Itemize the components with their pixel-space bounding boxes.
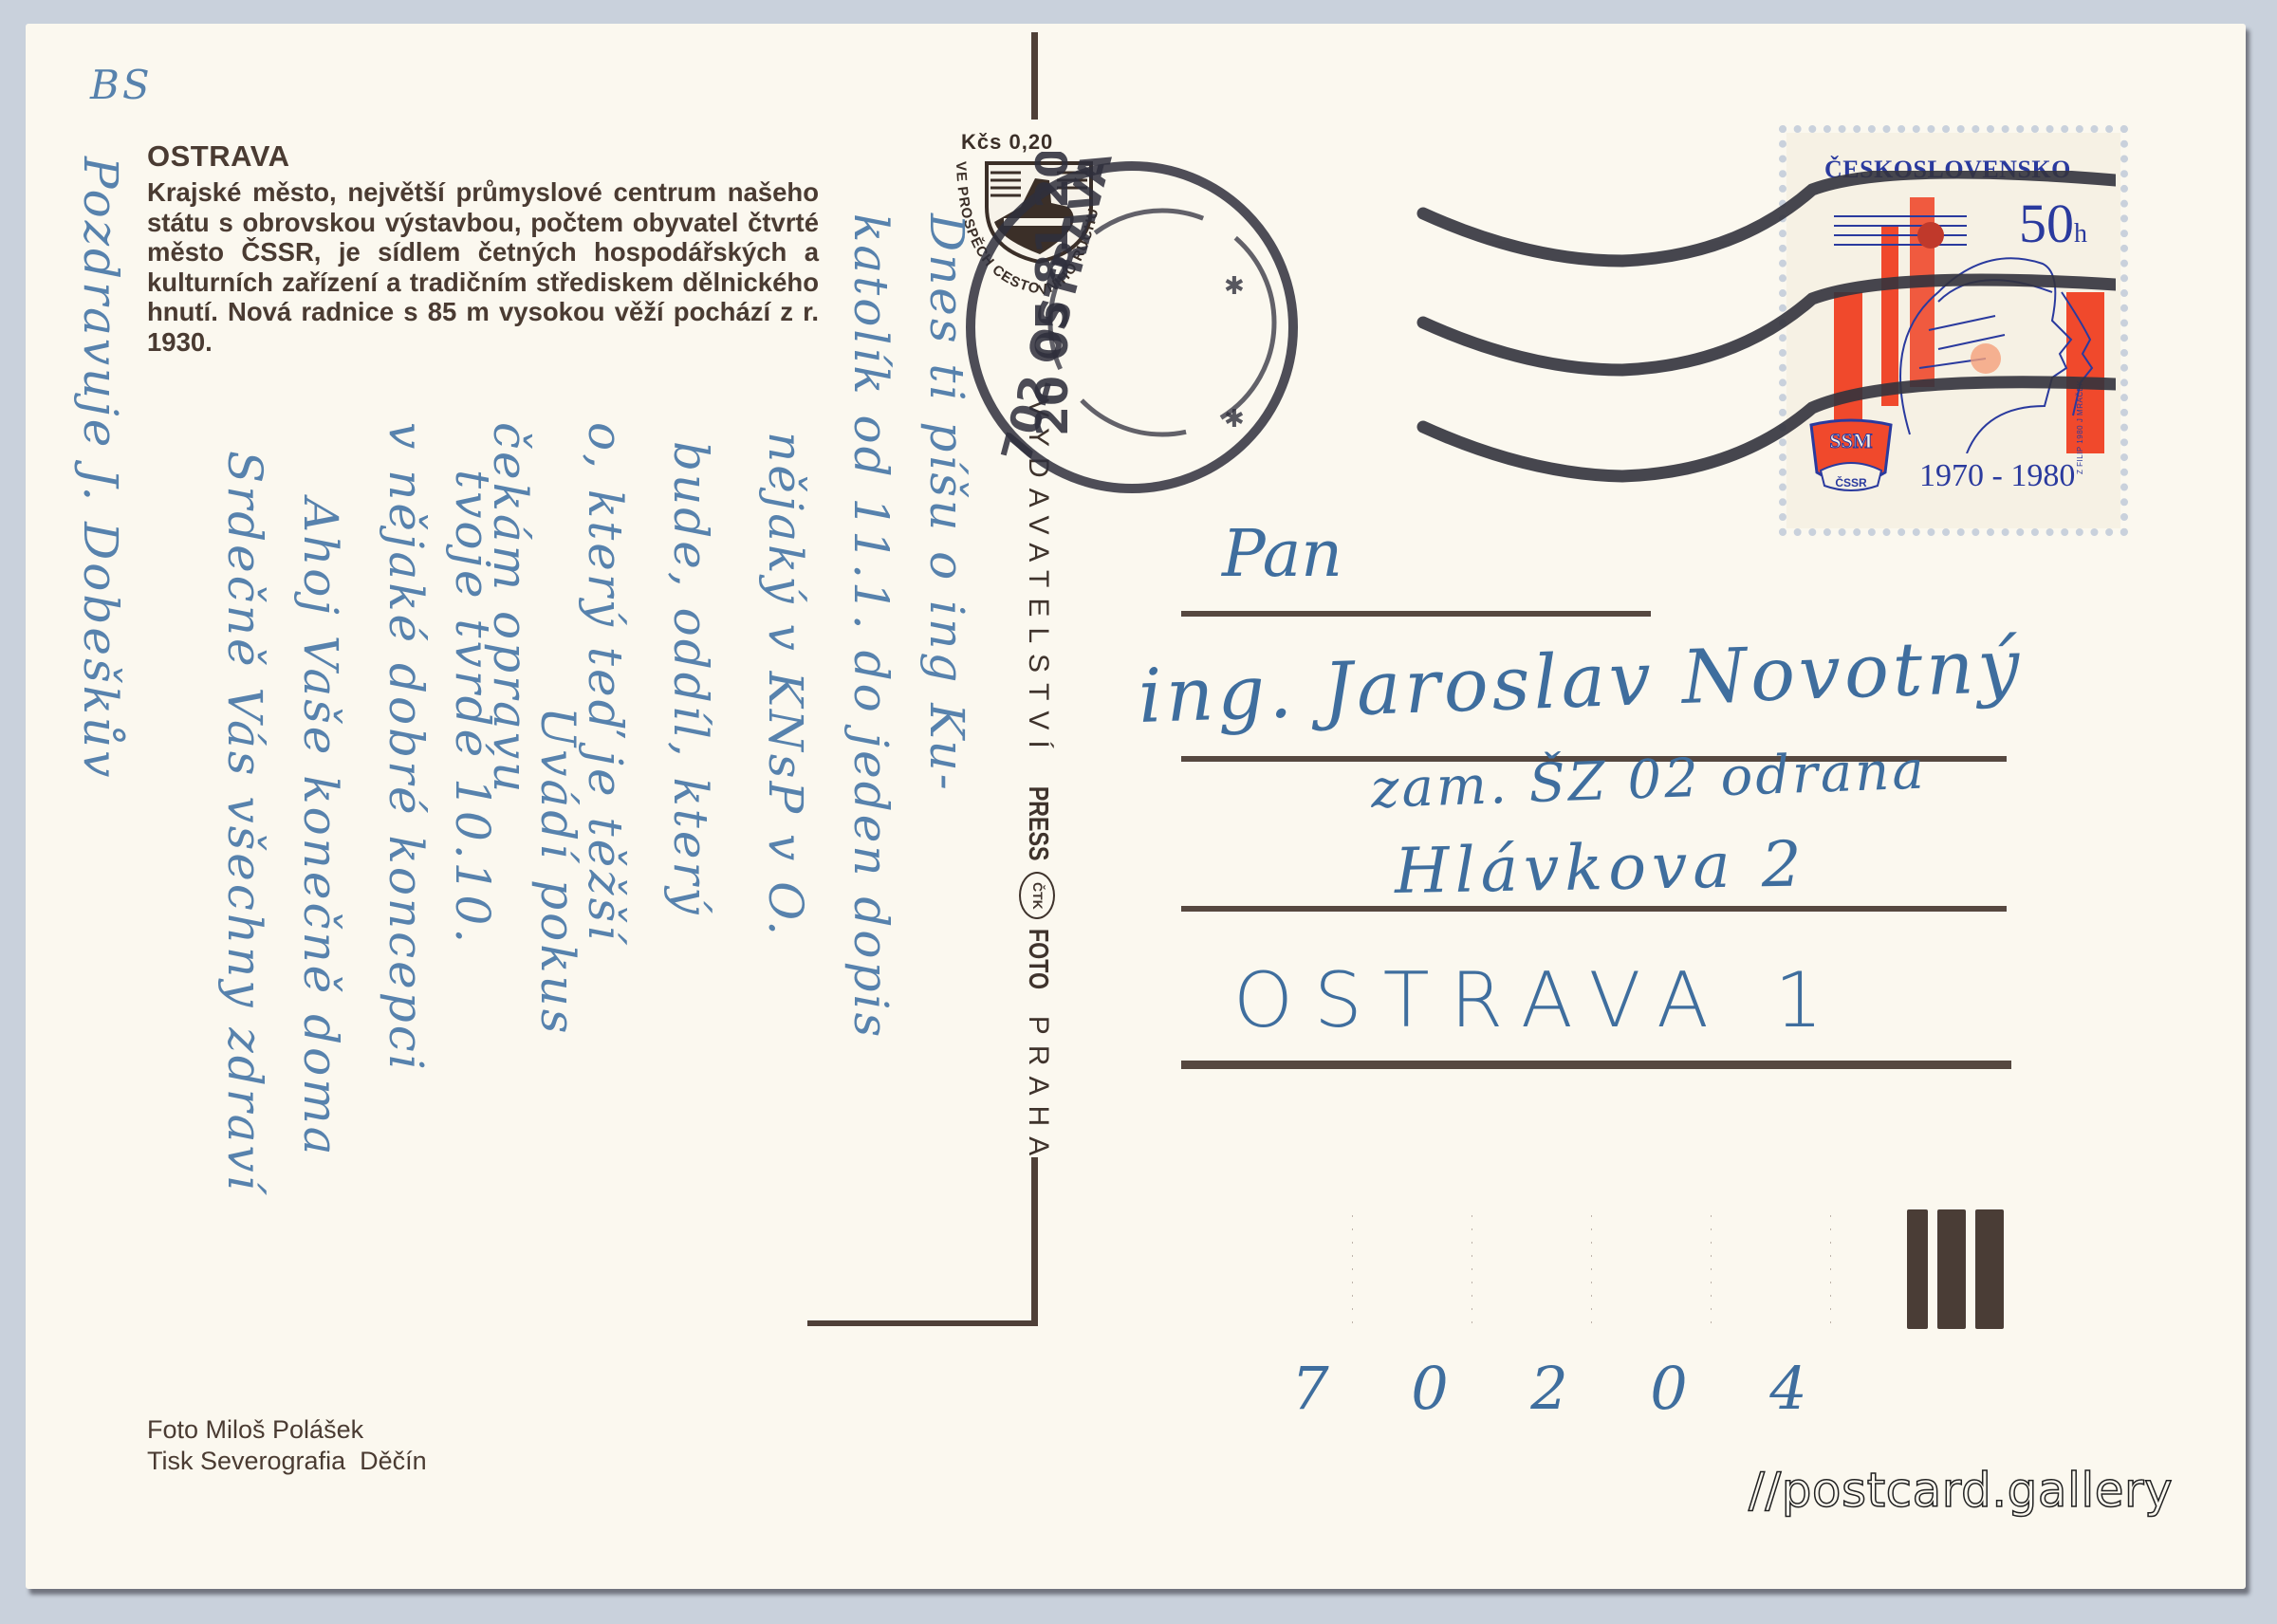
caption-title: OSTRAVA xyxy=(147,139,289,174)
postal-code-box: 0 xyxy=(1623,1209,1714,1329)
divider-top xyxy=(1031,32,1038,120)
wavy-cancellation xyxy=(1395,171,2116,493)
address-name: ing. Jaroslav Novotný xyxy=(1137,623,2025,740)
address-salutation: Pan xyxy=(1222,517,1342,592)
address-city: OSTRAVA 1 xyxy=(1233,956,1843,1044)
watermark: //postcard.gallery xyxy=(1749,1463,2173,1518)
postcard-back: OSTRAVA Krajské město, největší průmyslo… xyxy=(26,24,2246,1589)
postal-bars xyxy=(1907,1209,2004,1329)
postmark: 20 05 81 20 702 OSTRAVA 2 ✱ ✱ xyxy=(925,152,1314,531)
photo-credit: Foto Miloš Polášek xyxy=(147,1414,427,1446)
publisher-foto: FOTO xyxy=(1022,929,1053,989)
publisher-press: PRESS xyxy=(1022,786,1053,861)
address-line-3 xyxy=(1181,906,2007,912)
address-line-1 xyxy=(1181,611,1651,617)
address-line3: Hlávkova 2 xyxy=(1394,827,1807,908)
postal-code-box: 7 xyxy=(1265,1209,1356,1329)
postal-code-box: 2 xyxy=(1504,1209,1595,1329)
publisher-city: PRAHA xyxy=(1023,997,1054,1166)
svg-text:✱: ✱ xyxy=(1224,271,1245,300)
ctk-logo-icon: ČTK xyxy=(1019,872,1055,919)
divider-foot xyxy=(807,1320,1038,1326)
address-line-4 xyxy=(1181,1061,2011,1069)
svg-text:✱: ✱ xyxy=(1224,404,1245,433)
divider-bottom xyxy=(1031,1157,1038,1326)
print-credit: Tisk Severografia Děčín xyxy=(147,1446,427,1477)
postal-code-boxes: 7 0 2 0 4 xyxy=(1265,1209,1834,1329)
postal-code-box: 0 xyxy=(1384,1209,1475,1329)
postal-code-box: 4 xyxy=(1743,1209,1834,1329)
credits: Foto Miloš Polášek Tisk Severografia Děč… xyxy=(147,1414,427,1477)
address-line2: zam. ŠZ 02 odrana xyxy=(1370,740,1928,821)
caption-description: Krajské město, největší průmyslové centr… xyxy=(147,177,819,357)
